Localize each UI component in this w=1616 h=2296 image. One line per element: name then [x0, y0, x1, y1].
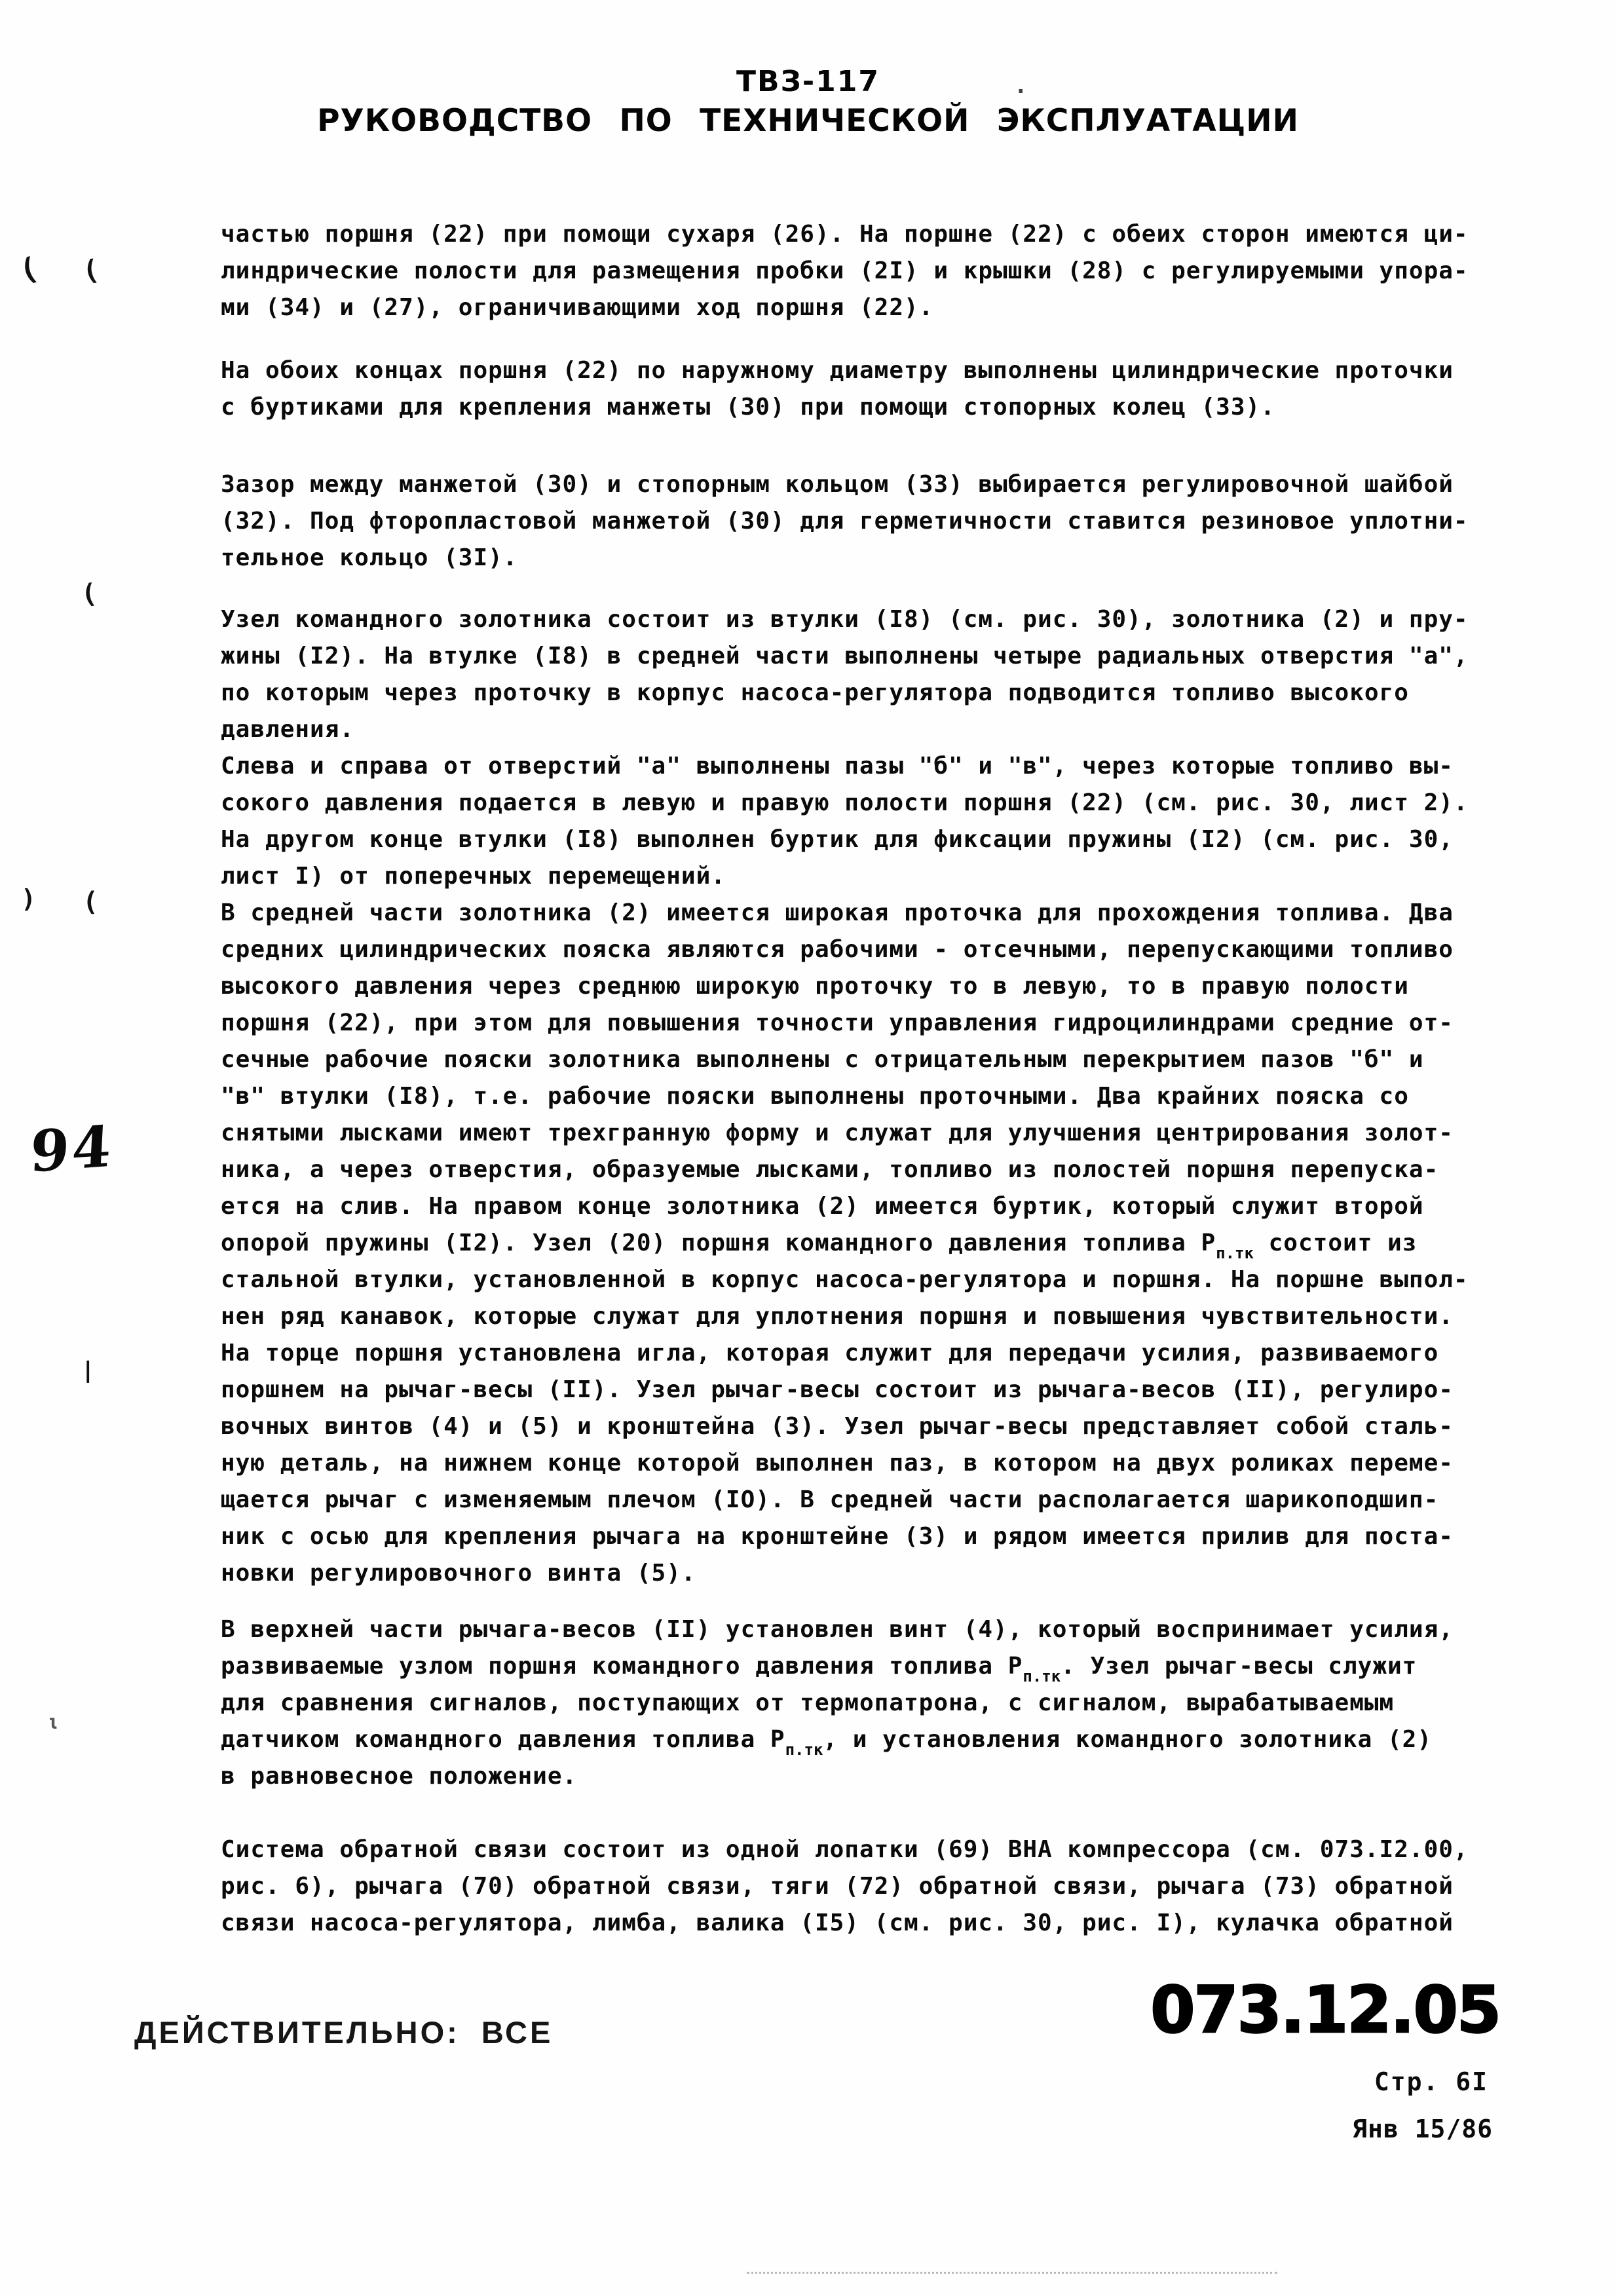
paragraph: частью поршня (22) при помощи сухаря (26…: [221, 216, 1524, 326]
text-line: ми (34) и (27), ограничивающими ход порш…: [221, 290, 1524, 326]
text-line: связи насоса-регулятора, лимба, валика (…: [221, 1905, 1524, 1942]
text-line: вочных винтов (4) и (5) и кронштейна (3)…: [221, 1408, 1524, 1445]
effectivity-label: ДЕЙСТВИТЕЛЬНО: ВСЕ: [134, 2014, 553, 2050]
text-line: щается рычаг с изменяемым плечом (IO). В…: [221, 1482, 1524, 1518]
text-line: Система обратной связи состоит из одной …: [221, 1832, 1524, 1868]
text-segment: . Узел рычаг-весы служит: [1061, 1653, 1417, 1680]
text-line: Зазор между манжетой (30) и стопорным ко…: [221, 466, 1524, 503]
text-segment: , и установления командного золотника (2…: [823, 1726, 1432, 1753]
text-line: по которым через проточку в корпус насос…: [221, 675, 1524, 711]
text-line: тельное кольцо (3I).: [221, 540, 1524, 576]
margin-speck: ι: [47, 1711, 59, 1734]
manual-title: РУКОВОДСТВО ПО ТЕХНИЧЕСКОЙ ЭКСПЛУАТАЦИИ: [0, 101, 1616, 141]
text-line: высокого давления через среднюю широкую …: [221, 968, 1524, 1005]
text-segment: развиваемые узлом поршня командного давл…: [221, 1653, 1023, 1680]
paragraph: Узел командного золотника состоит из вту…: [221, 601, 1524, 1592]
subscript-text: п.тк: [1023, 1667, 1061, 1685]
text-line: Слева и справа от отверстий "а" выполнен…: [221, 748, 1524, 785]
margin-paren-mark: (: [80, 578, 99, 610]
text-line: (32). Под фторопластовой манжетой (30) д…: [221, 503, 1524, 540]
text-line: линдрические полости для размещения проб…: [221, 253, 1524, 290]
text-line: поршня (22), при этом для повышения точн…: [221, 1005, 1524, 1042]
text-line: с буртиками для крепления манжеты (30) п…: [221, 389, 1524, 426]
text-line: сечные рабочие пояски золотника выполнен…: [221, 1042, 1524, 1078]
subscript-text: п.тк: [1216, 1244, 1254, 1262]
scanned-manual-page: ТВЗ-117 РУКОВОДСТВО ПО ТЕХНИЧЕСКОЙ ЭКСПЛ…: [0, 0, 1616, 2296]
text-line: стальной втулки, установленной в корпус …: [221, 1262, 1524, 1298]
text-line: На обоих концах поршня (22) по наружному…: [221, 352, 1524, 389]
text-line: ника, а через отверстия, образуемые лыск…: [221, 1152, 1524, 1188]
model-code: ТВЗ-117: [0, 63, 1616, 101]
page-header: ТВЗ-117 РУКОВОДСТВО ПО ТЕХНИЧЕСКОЙ ЭКСПЛ…: [0, 63, 1616, 141]
text-line: ется на слив. На правом конце золотника …: [221, 1188, 1524, 1225]
text-line: сокого давления подается в левую и праву…: [221, 785, 1524, 821]
text-line: В средней части золотника (2) имеется ши…: [221, 895, 1524, 932]
handwritten-page-number: 94: [28, 1113, 115, 1186]
margin-paren-mark: (: [83, 887, 98, 917]
subscript-text: п.тк: [785, 1741, 823, 1759]
text-line: развиваемые узлом поршня командного давл…: [221, 1648, 1524, 1685]
text-segment: состоит из: [1254, 1230, 1417, 1256]
paragraph: Зазор между манжетой (30) и стопорным ко…: [221, 466, 1524, 576]
margin-tick-mark: |: [81, 1357, 94, 1383]
text-line: частью поршня (22) при помощи сухаря (26…: [221, 216, 1524, 253]
text-line: ную деталь, на нижнем конце которой выпо…: [221, 1445, 1524, 1482]
scan-speck: ·: [1014, 79, 1027, 105]
page-number-label: Стр. 6I: [1374, 2067, 1488, 2096]
text-line: На другом конце втулки (I8) выполнен бур…: [221, 821, 1524, 858]
text-line: давления.: [221, 711, 1524, 748]
text-line: лист I) от поперечных перемещений.: [221, 858, 1524, 895]
paragraph: Система обратной связи состоит из одной …: [221, 1832, 1524, 1942]
text-line: В верхней части рычага-весов (II) устано…: [221, 1611, 1524, 1648]
text-line: в равновесное положение.: [221, 1758, 1524, 1795]
document-body: частью поршня (22) при помощи сухаря (26…: [221, 216, 1524, 1942]
text-line: опорой пружины (I2). Узел (20) поршня ко…: [221, 1225, 1524, 1262]
margin-paren-mark: (: [81, 253, 102, 287]
text-line: нен ряд канавок, которые служат для упло…: [221, 1298, 1524, 1335]
text-line: "в" втулки (I8), т.е. рабочие пояски вып…: [221, 1078, 1524, 1115]
text-segment: опорой пружины (I2). Узел (20) поршня ко…: [221, 1230, 1216, 1256]
text-line: средних цилиндрических пояска являются р…: [221, 932, 1524, 968]
ata-section-code: 073.12.05: [1150, 1973, 1500, 2048]
text-line: жины (I2). На втулке (I8) в средней част…: [221, 638, 1524, 675]
text-line: новки регулировочного винта (5).: [221, 1555, 1524, 1592]
revision-date-label: Янв 15/86: [1352, 2115, 1493, 2143]
paragraph: На обоих концах поршня (22) по наружному…: [221, 352, 1524, 426]
margin-paren-mark: (: [16, 250, 42, 288]
paragraph: В верхней части рычага-весов (II) устано…: [221, 1611, 1524, 1795]
margin-paren-mark: ): [21, 884, 36, 913]
text-line: На торце поршня установлена игла, котора…: [221, 1335, 1524, 1372]
text-line: для сравнения сигналов, поступающих от т…: [221, 1685, 1524, 1722]
text-line: Узел командного золотника состоит из вту…: [221, 601, 1524, 638]
text-segment: датчиком командного давления топлива Р: [221, 1726, 785, 1753]
text-line: рис. 6), рычага (70) обратной связи, тяг…: [221, 1868, 1524, 1905]
text-line: ник с осью для крепления рычага на кронш…: [221, 1518, 1524, 1555]
scan-artifact-line: [747, 2272, 1277, 2274]
text-line: поршнем на рычаг-весы (II). Узел рычаг-в…: [221, 1372, 1524, 1408]
text-line: датчиком командного давления топлива Рп.…: [221, 1722, 1524, 1758]
text-line: снятыми лысками имеют трехгранную форму …: [221, 1115, 1524, 1152]
